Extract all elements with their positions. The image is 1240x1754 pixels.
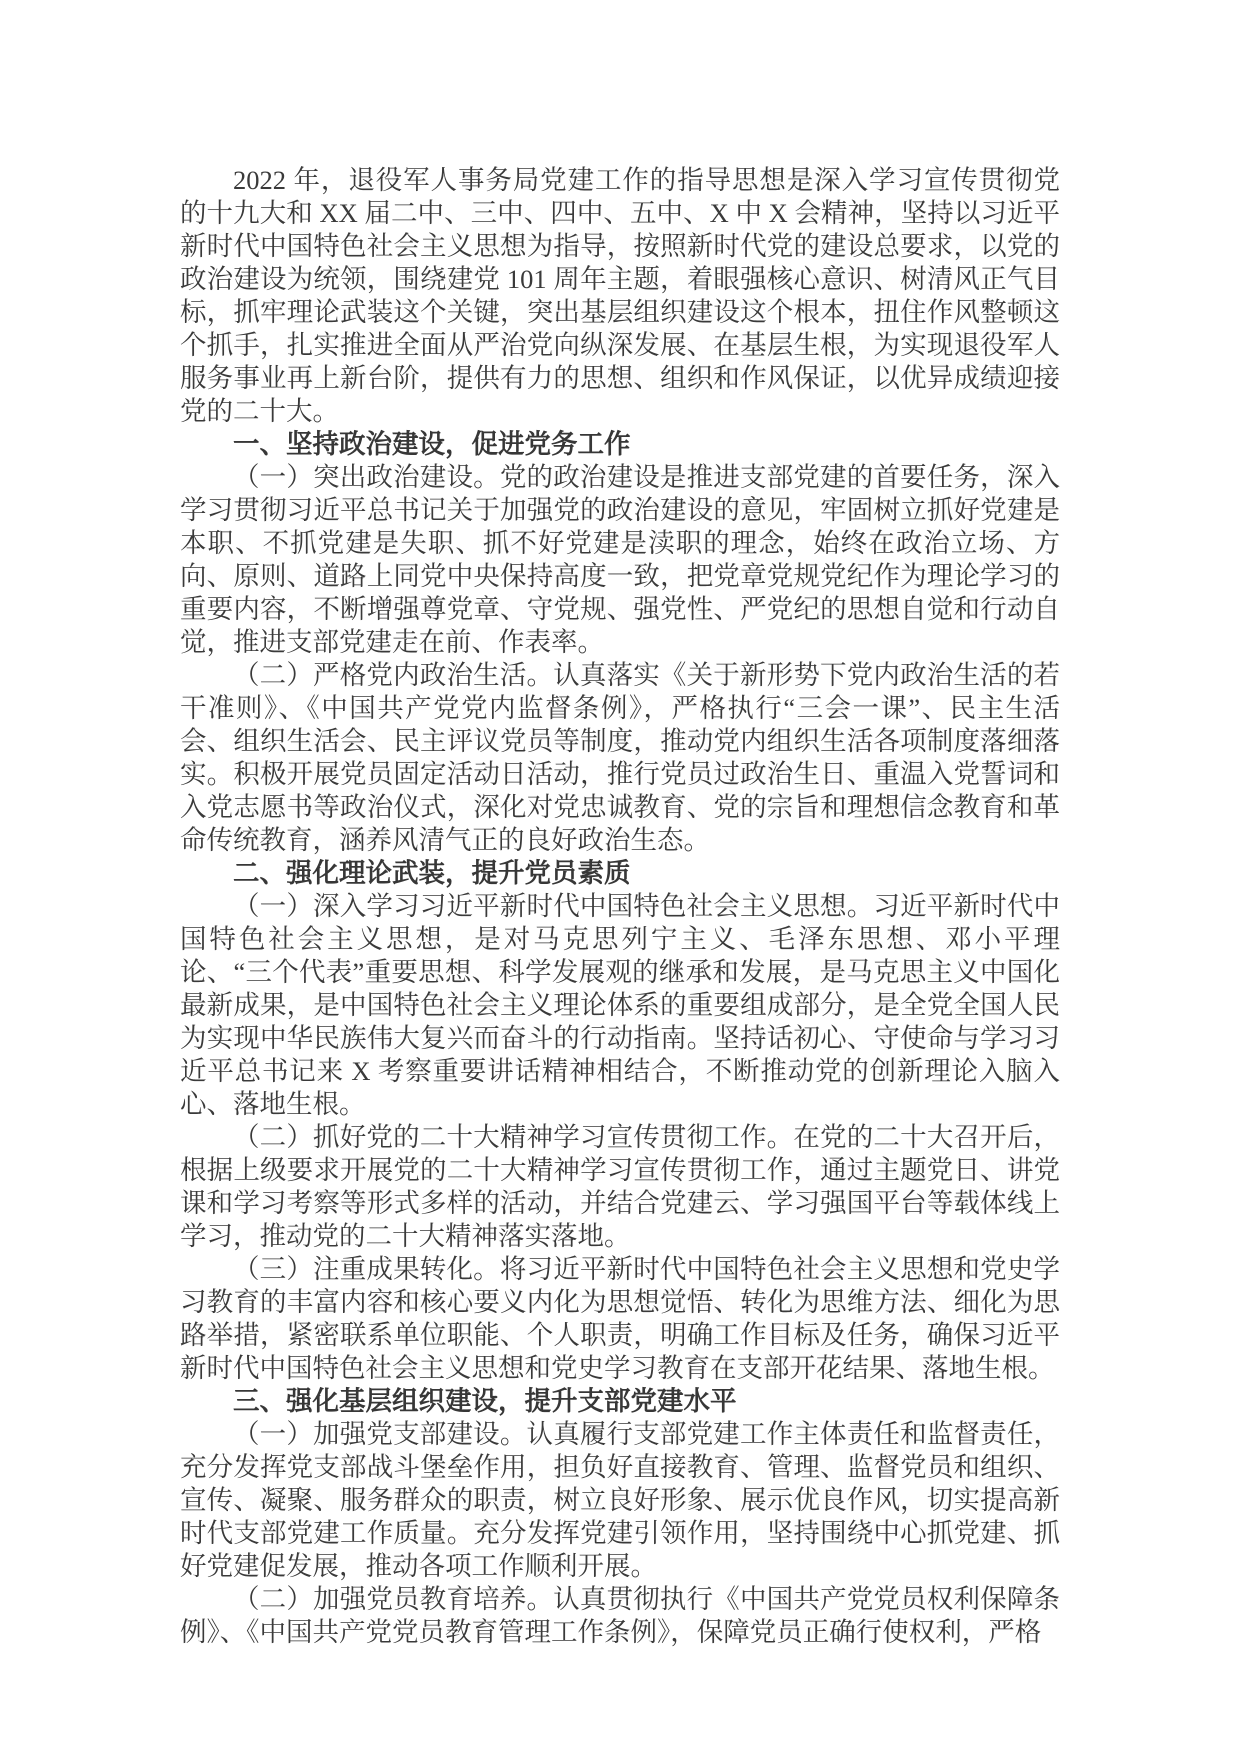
paragraph-2-2: （二）抓好党的二十大精神学习宣传贯彻工作。在党的二十大召开后，根据上级要求开展党… [180,1121,1060,1253]
document-page: 2022 年，退役军人事务局党建工作的指导思想是深入学习宣传贯彻党的十九大和 X… [0,0,1240,1754]
paragraph-1-1: （一）突出政治建设。党的政治建设是推进支部党建的首要任务，深入学习贯彻习近平总书… [180,461,1060,659]
paragraph-1-2: （二）严格党内政治生活。认真落实《关于新形势下党内政治生活的若干准则》、《中国共… [180,659,1060,857]
paragraph-3-2: （二）加强党员教育培养。认真贯彻执行《中国共产党党员权利保障条例》、《中国共产党… [180,1583,1060,1649]
paragraph-3-1: （一）加强党支部建设。认真履行支部党建工作主体责任和监督责任，充分发挥党支部战斗… [180,1418,1060,1583]
heading-section-3: 三、强化基层组织建设，提升支部党建水平 [180,1385,1060,1418]
document-body: 2022 年，退役军人事务局党建工作的指导思想是深入学习宣传贯彻党的十九大和 X… [180,164,1060,1649]
paragraph-2-3: （三）注重成果转化。将习近平新时代中国特色社会主义思想和党史学习教育的丰富内容和… [180,1253,1060,1385]
paragraph-intro: 2022 年，退役军人事务局党建工作的指导思想是深入学习宣传贯彻党的十九大和 X… [180,164,1060,428]
heading-section-1: 一、坚持政治建设，促进党务工作 [180,428,1060,461]
heading-section-2: 二、强化理论武装，提升党员素质 [180,857,1060,890]
paragraph-2-1: （一）深入学习习近平新时代中国特色社会主义思想。习近平新时代中国特色社会主义思想… [180,890,1060,1121]
